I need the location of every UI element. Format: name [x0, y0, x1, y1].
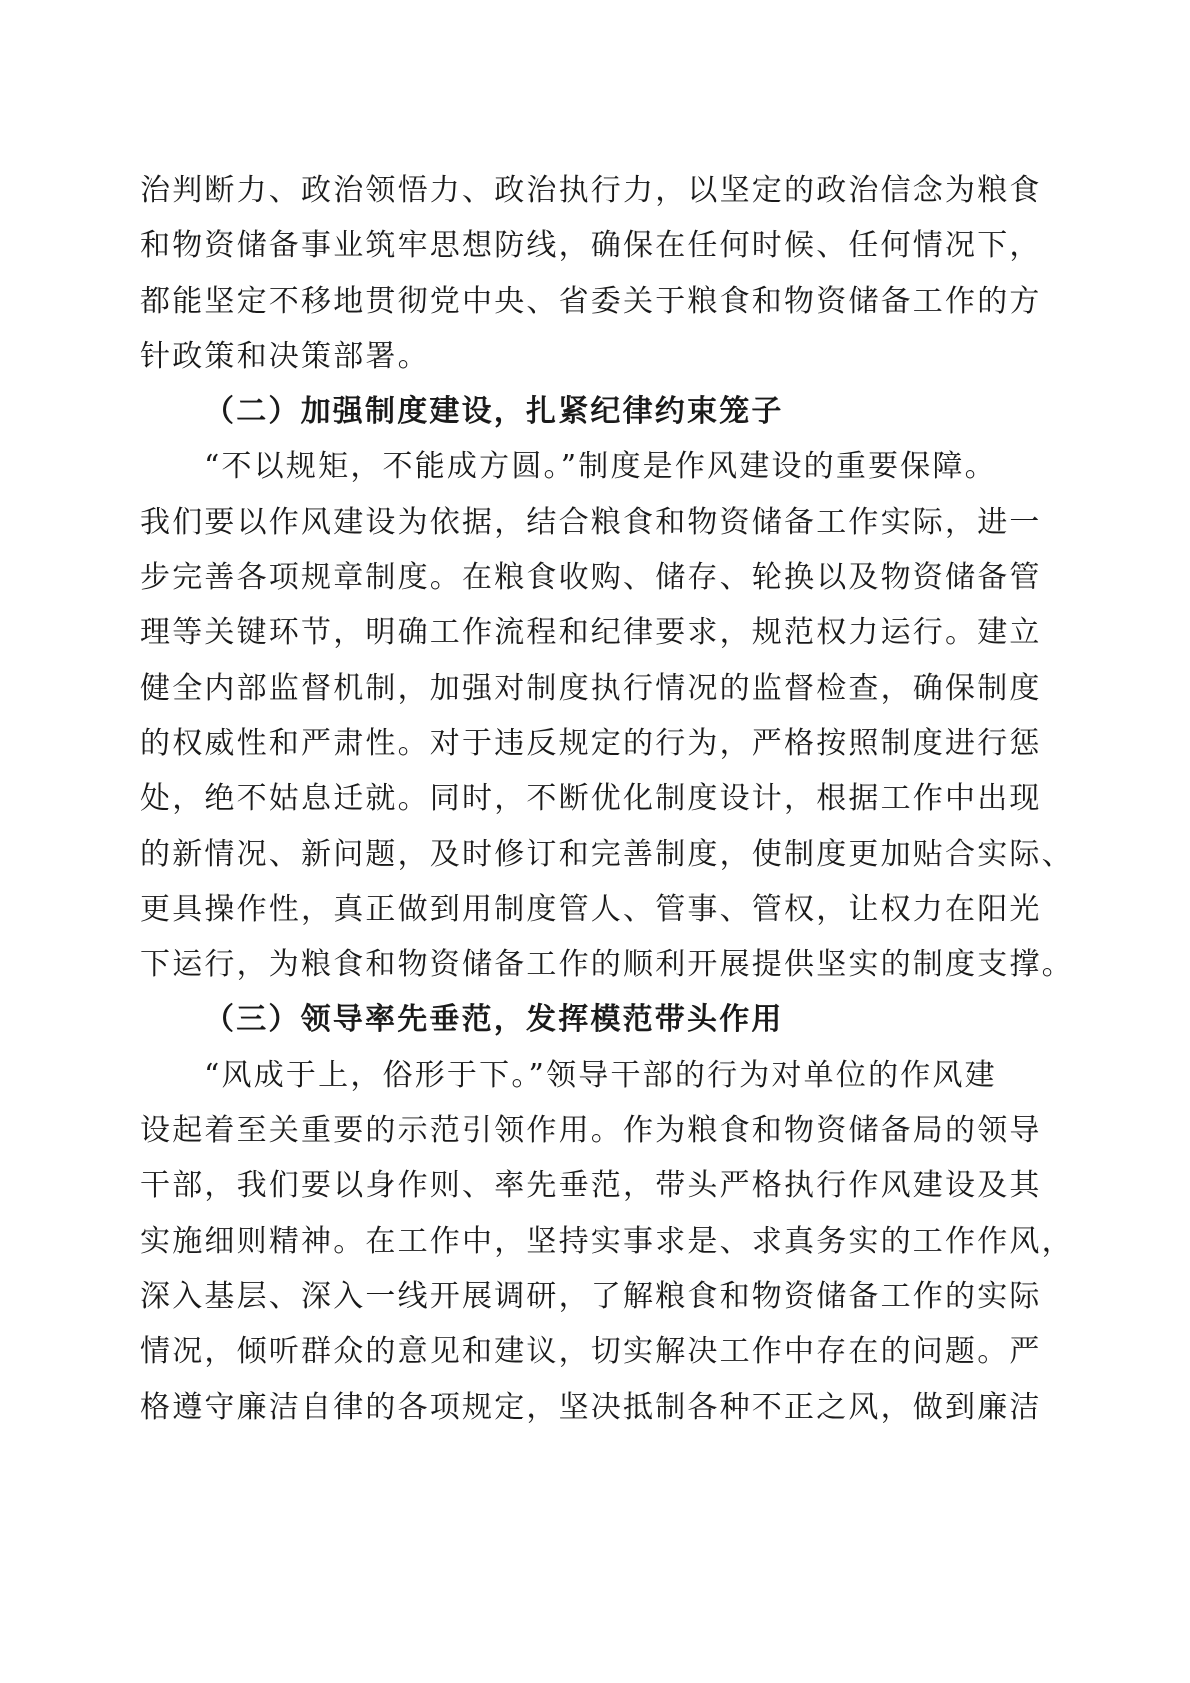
body-line: 更具操作性，真正做到用制度管人、管事、管权，让权力在阳光 [140, 882, 980, 937]
paragraph-start-line: “风成于上，俗形于下。”领导干部的行为对单位的作风建 [140, 1048, 980, 1103]
body-line: 实施细则精神。在工作中，坚持实事求是、求真务实的工作作风， [140, 1214, 980, 1269]
body-line: 和物资储备事业筑牢思想防线，确保在任何时候、任何情况下， [140, 218, 980, 273]
body-line: 格遵守廉洁自律的各项规定，坚决抵制各种不正之风，做到廉洁 [140, 1380, 980, 1435]
section-heading-2: （二）加强制度建设，扎紧纪律约束笼子 [140, 384, 980, 439]
body-line: 治判断力、政治领悟力、政治执行力，以坚定的政治信念为粮食 [140, 163, 980, 218]
body-line: 针政策和决策部署。 [140, 329, 980, 384]
paragraph-start-line: “不以规矩，不能成方圆。”制度是作风建设的重要保障。 [140, 439, 980, 494]
section-heading-3: （三）领导率先垂范，发挥模范带头作用 [140, 992, 980, 1047]
body-line: 深入基层、深入一线开展调研，了解粮食和物资储备工作的实际 [140, 1269, 980, 1324]
body-line: 都能坚定不移地贯彻党中央、省委关于粮食和物资储备工作的方 [140, 274, 980, 329]
body-line: 理等关键环节，明确工作流程和纪律要求，规范权力运行。建立 [140, 605, 980, 660]
body-line: 我们要以作风建设为依据，结合粮食和物资储备工作实际，进一 [140, 495, 980, 550]
document-body: 治判断力、政治领悟力、政治执行力，以坚定的政治信念为粮食 和物资储备事业筑牢思想… [140, 163, 980, 1435]
body-line: 处，绝不姑息迁就。同时，不断优化制度设计，根据工作中出现 [140, 771, 980, 826]
document-page: 治判断力、政治领悟力、政治执行力，以坚定的政治信念为粮食 和物资储备事业筑牢思想… [0, 0, 1190, 1683]
body-line: 的新情况、新问题，及时修订和完善制度，使制度更加贴合实际、 [140, 827, 980, 882]
body-line: 下运行，为粮食和物资储备工作的顺利开展提供坚实的制度支撑。 [140, 937, 980, 992]
body-line: 的权威性和严肃性。对于违反规定的行为，严格按照制度进行惩 [140, 716, 980, 771]
body-line: 设起着至关重要的示范引领作用。作为粮食和物资储备局的领导 [140, 1103, 980, 1158]
body-line: 步完善各项规章制度。在粮食收购、储存、轮换以及物资储备管 [140, 550, 980, 605]
body-line: 健全内部监督机制，加强对制度执行情况的监督检查，确保制度 [140, 661, 980, 716]
body-line: 干部，我们要以身作则、率先垂范，带头严格执行作风建设及其 [140, 1158, 980, 1213]
body-line: 情况，倾听群众的意见和建议，切实解决工作中存在的问题。严 [140, 1324, 980, 1379]
